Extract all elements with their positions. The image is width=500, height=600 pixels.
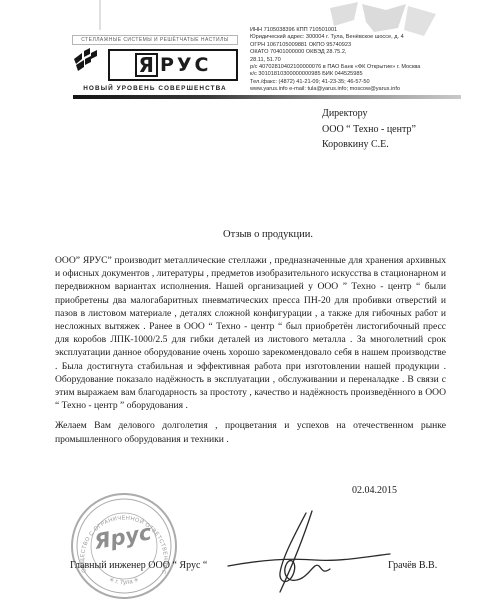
yarus-logotype: Я РУС bbox=[108, 49, 238, 81]
company-detail-line: 28.11, 51.70 bbox=[250, 57, 490, 64]
logo-letters-rus: РУС bbox=[160, 54, 212, 76]
scan-artifact-line bbox=[99, 0, 101, 30]
company-stamp: ОБЩЕСТВО С ОГРАНИЧЕННОЙ ОТВЕТСТВЕННОСТЬЮ… bbox=[64, 492, 184, 600]
letter-date: 02.04.2015 bbox=[352, 485, 397, 496]
company-detail-line: к/с 30101810300000000985 БИК 044525985 bbox=[250, 71, 490, 78]
company-detail-line: ОКАТО 70401000000 ОКВЭД 28.75.2, bbox=[250, 49, 490, 56]
body-paragraph-2: Желаем Вам делового долголетия , процвет… bbox=[55, 419, 446, 445]
letterhead-tagline-bottom: НОВЫЙ УРОВЕНЬ СОВЕРШЕНСТВА bbox=[72, 85, 238, 92]
signoff-position: Главный инженер ООО “ Ярус “ bbox=[70, 560, 207, 571]
signoff-name: Грачёв В.В. bbox=[388, 560, 437, 571]
letter-page: СТЕЛЛАЖНЫЕ СИСТЕМЫ И РЕШЁТЧАТЫЕ НАСТИЛЫ … bbox=[0, 0, 500, 600]
company-detail-line: www.yarus.info e-mail: tula@yarus.info; … bbox=[250, 86, 490, 93]
logo-letter-ya: Я bbox=[135, 53, 158, 77]
letterhead-tagline-top: СТЕЛЛАЖНЫЕ СИСТЕМЫ И РЕШЁТЧАТЫЕ НАСТИЛЫ bbox=[72, 35, 238, 45]
company-details: ИНН 7105038396 КПП 710501001 Юридический… bbox=[250, 27, 490, 94]
letter-title: Отзыв о продукции. bbox=[36, 229, 500, 240]
company-detail-line: р/с 40702810402100000076 в ПАО Банк «ФК … bbox=[250, 64, 490, 71]
handwritten-signature bbox=[220, 510, 395, 595]
letterhead-separator bbox=[73, 95, 461, 99]
body-paragraph-1: ООО” ЯРУС” производит металлические стел… bbox=[55, 254, 446, 412]
letterhead-logo-block: СТЕЛЛАЖНЫЕ СИСТЕМЫ И РЕШЁТЧАТЫЕ НАСТИЛЫ … bbox=[72, 35, 238, 92]
company-detail-line: ОГРН 1067105009881 ОКПО 95740923 bbox=[250, 42, 490, 49]
stamp-city-text: ✳ г. Тула ✳ bbox=[108, 576, 140, 586]
letter-body: ООО” ЯРУС” производит металлические стел… bbox=[55, 254, 446, 446]
company-detail-line: Юридический адрес: 300004 г. Тула, Венёв… bbox=[250, 34, 490, 41]
recipient-company: ООО “ Техно - центр” bbox=[322, 122, 416, 138]
logo-row: Я РУС bbox=[72, 47, 238, 82]
yarus-logo-icon bbox=[72, 47, 104, 82]
recipient-block: Директору ООО “ Техно - центр” Коровкину… bbox=[322, 106, 416, 153]
recipient-name: Коровкину С.Е. bbox=[322, 137, 416, 153]
svg-text:✳ г. Тула ✳: ✳ г. Тула ✳ bbox=[108, 576, 140, 586]
company-detail-line: Тел./факс: (4872) 41-21-09; 41-23-35; 46… bbox=[250, 79, 490, 86]
recipient-role: Директору bbox=[322, 106, 416, 122]
